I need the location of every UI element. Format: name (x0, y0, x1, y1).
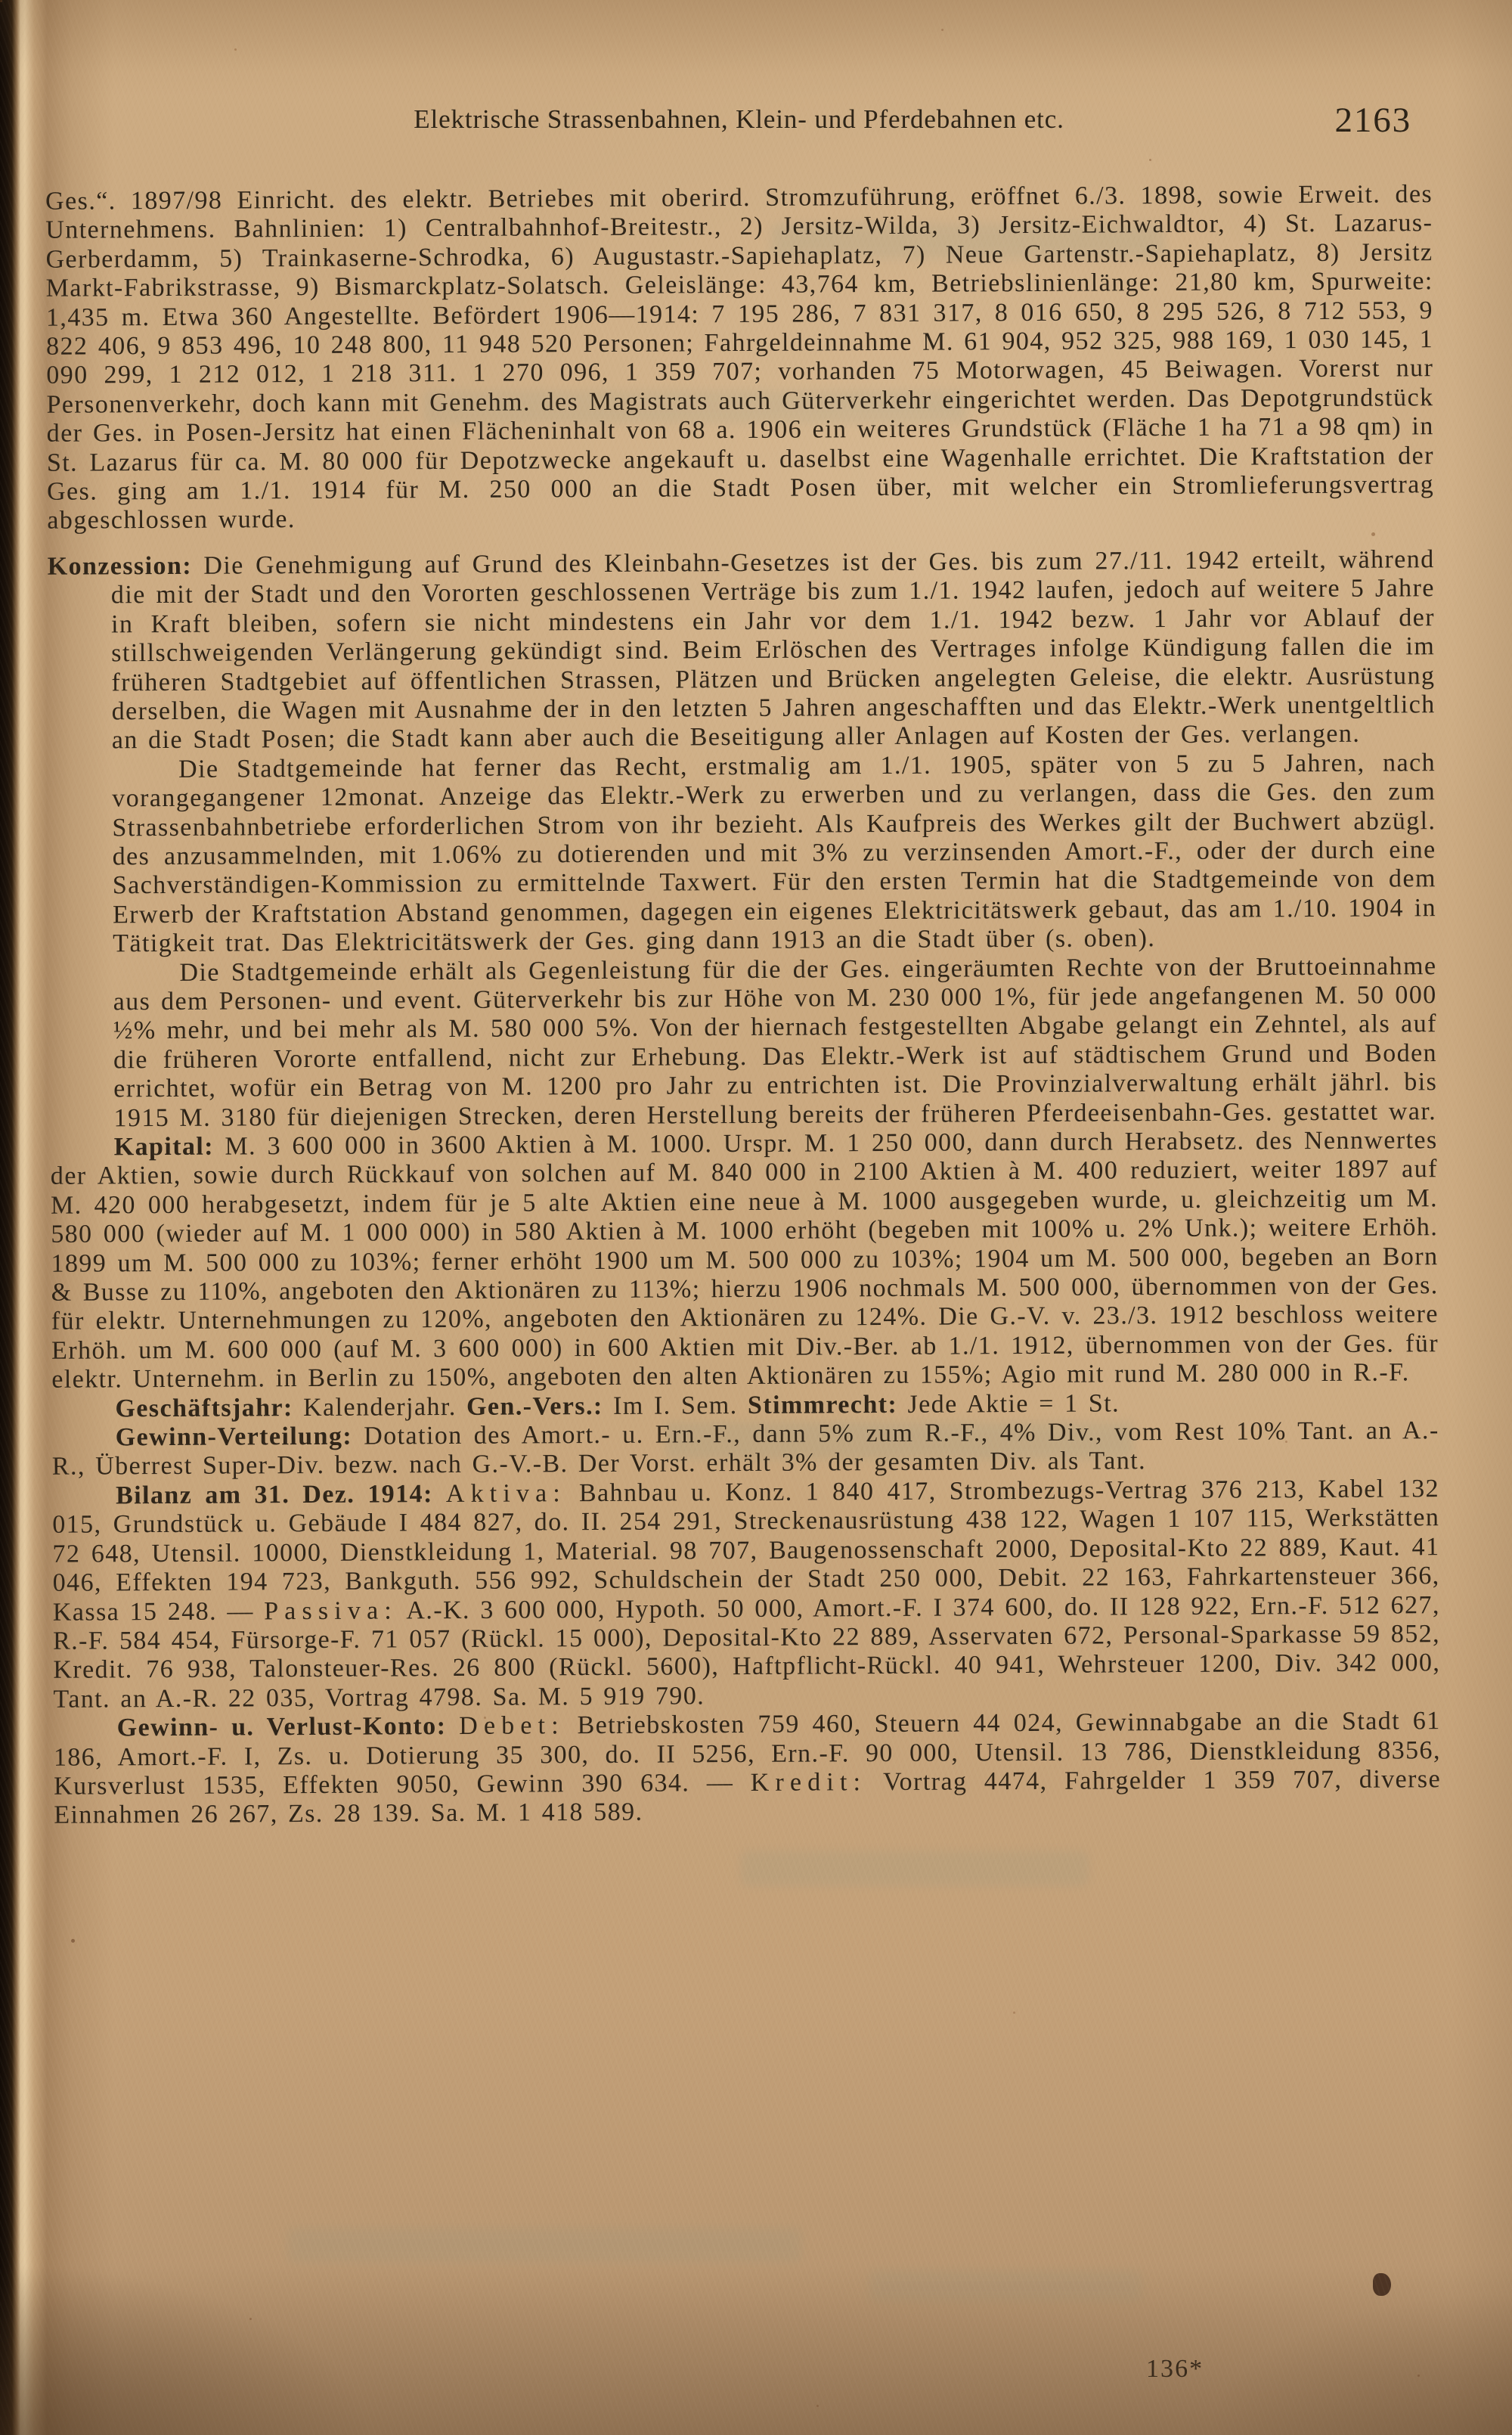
paragraph-konzession-2: Die Stadtgemeinde hat ferner das Recht, … (112, 749, 1436, 959)
ink-blot (1373, 2273, 1391, 2296)
signature-mark: 136* (1146, 2355, 1204, 2384)
bleedthrough-smudge (287, 2228, 801, 2263)
page-title: Elektrische Strassenbahnen, Klein- und P… (45, 104, 1433, 135)
paragraph-gewinn-verlust-konto: Gewinn- u. Verlust-Konto: Debet: Betrieb… (54, 1707, 1442, 1830)
paragraph-gewinn-verteilung: Gewinn-Verteilung: Dotation des Amort.- … (52, 1416, 1439, 1481)
paragraph-continuation: Ges.“. 1897/98 Einricht. des elektr. Bet… (45, 180, 1434, 535)
bleedthrough-smudge (869, 2270, 1142, 2302)
bleedthrough-smudge (741, 1851, 1089, 1886)
book-page-photo: Elektrische Strassenbahnen, Klein- und P… (0, 0, 1512, 2435)
paragraph-kapital: Kapital: M. 3 600 000 in 3600 Aktien à M… (51, 1126, 1439, 1394)
paragraph-bilanz: Bilanz am 31. Dez. 1914: Aktiva: Bahnbau… (52, 1475, 1441, 1714)
section-konzession: Konzession: Die Genehmigung auf Grund de… (111, 545, 1438, 1133)
text-column: Ges.“. 1897/98 Einricht. des elektr. Bet… (45, 180, 1441, 1830)
running-head: Elektrische Strassenbahnen, Klein- und P… (45, 104, 1433, 135)
paragraph-konzession-3: Die Stadtgemeinde erhält als Gegenleistu… (113, 952, 1437, 1134)
page-number: 2163 (1334, 100, 1411, 141)
paragraph-konzession-1: Konzession: Die Genehmigung auf Grund de… (111, 545, 1436, 755)
paper-specks (0, 0, 2, 2)
